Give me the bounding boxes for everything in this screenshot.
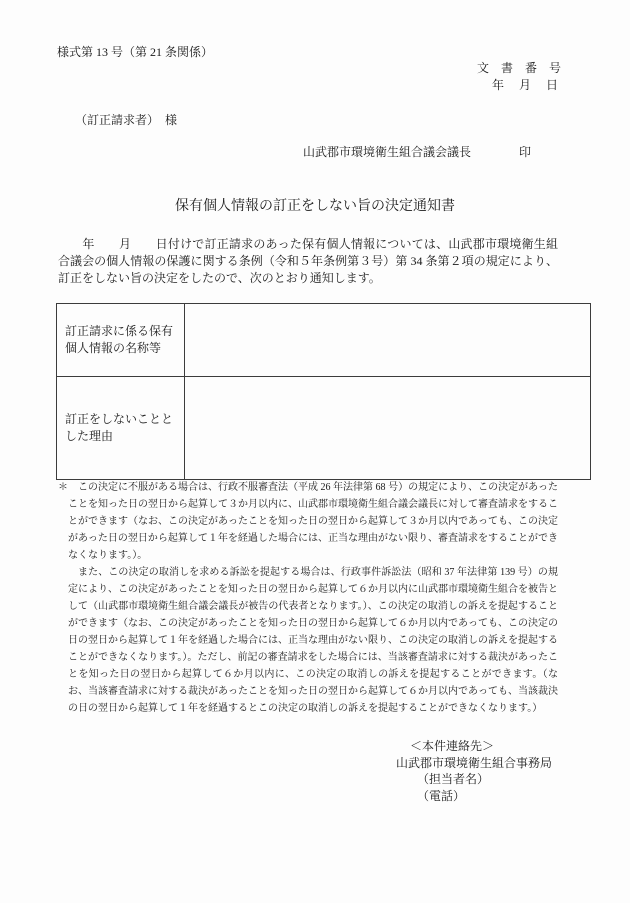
form-number: 様式第 13 号（第 21 条関係） [57,44,213,61]
row-label-personal-info-name: 訂正請求に係る保有個人情報の名称等 [57,304,185,377]
info-table: 訂正請求に係る保有個人情報の名称等 訂正をしないこととした理由 [56,303,591,480]
document-number-label: 文 書 番 号 [477,60,561,77]
notes-section: ＊ この決定に不服がある場合は、行政不服審査法（平成 26 年法律第 68 号）… [58,479,558,717]
note-paragraph-appeal: ＊ この決定に不服がある場合は、行政不服審査法（平成 26 年法律第 68 号）… [58,479,558,564]
document-page: 様式第 13 号（第 21 条関係） 文 書 番 号 年 月 日 （訂正請求者）… [0,0,630,903]
note-paragraph-lawsuit: また、この決定の取消しを求める訴訟を提起する場合は、行政事件訴訟法（昭和 37 … [58,564,558,717]
addressee-line: （訂正請求者） 様 [75,112,177,129]
row-value-reason [185,377,591,480]
table-row: 訂正をしないこととした理由 [57,377,591,480]
row-value-personal-info-name [185,304,591,377]
contact-block: ＜本件連絡先＞ 山武郡市環境衛生組合事務局 （担当者名） （電話） [396,738,552,804]
document-date-line: 年 月 日 [492,77,558,94]
table-row: 訂正請求に係る保有個人情報の名称等 [57,304,591,377]
contact-office: 山武郡市環境衛生組合事務局 [396,755,552,772]
contact-person: （担当者名） [417,771,552,788]
row-label-reason: 訂正をしないこととした理由 [57,377,185,480]
document-title: 保有個人情報の訂正をしない旨の決定通知書 [0,197,630,217]
seal-placeholder: 印 [519,145,531,159]
contact-phone: （電話） [417,788,552,805]
sender-line: 山武郡市環境衛生組合議会議長印 [303,144,531,161]
contact-header: ＜本件連絡先＞ [410,738,552,755]
body-paragraph: 年 月 日付けで訂正請求のあった保有個人情報については、山武郡市環境衛生組合議会… [58,236,558,287]
sender-name: 山武郡市環境衛生組合議会議長 [303,145,471,159]
